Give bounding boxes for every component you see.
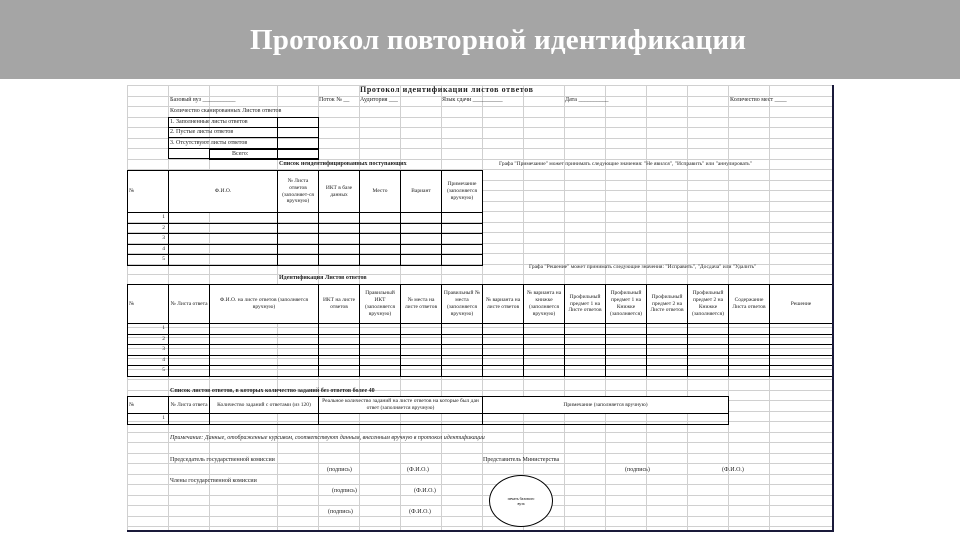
unidentified-note: Графа "Примечание" может принимать следу… <box>499 161 752 167</box>
row-number: 2 <box>155 225 165 231</box>
row-number: 5 <box>155 367 165 373</box>
column-header: Профильный предмет 2 на Листе ответов <box>646 284 688 324</box>
member2-name: (Ф.И.О.) <box>409 509 431 516</box>
protocol-sheet: Протокол идентификации листов ответов Ба… <box>127 85 834 532</box>
row-number: 1 <box>155 325 165 331</box>
column-header: № места на листе ответов <box>400 284 442 324</box>
grid-row-line <box>127 516 832 517</box>
grid-row-line <box>127 526 832 527</box>
chair-name: (Ф.И.О.) <box>407 467 429 474</box>
table-cell[interactable] <box>441 365 483 377</box>
column-header: № варианта на листе ответов <box>482 284 524 324</box>
column-header: Реальное количество заданий на листе отв… <box>318 396 483 414</box>
scanned-row-missing: 3. Отсутствуют листы ответов <box>170 140 247 147</box>
column-header: Ф.И.О. <box>168 170 278 213</box>
column-header: Место <box>359 170 401 213</box>
table-cell[interactable] <box>482 413 729 425</box>
row-number: 3 <box>155 235 165 241</box>
row-number: 3 <box>155 346 165 352</box>
members-label: Члены государственной комиссии <box>170 478 257 485</box>
footnote: Примечание: Данные, отображенные курсиво… <box>170 435 485 442</box>
column-header: № <box>127 284 169 324</box>
table-cell[interactable] <box>318 254 360 266</box>
ministry-signature: (подпись) <box>625 467 650 474</box>
grid-column-line <box>832 85 833 530</box>
table-cell[interactable] <box>209 365 319 377</box>
grid-row-line <box>127 432 832 433</box>
column-header: № варианта на книжке (заполняется вручну… <box>523 284 565 324</box>
column-header: Примечание (заполняется вручную) <box>482 396 729 414</box>
table-cell[interactable] <box>400 254 442 266</box>
ministry-name: (Ф.И.О.) <box>722 467 744 474</box>
slide-banner: Протокол повторной идентификации <box>0 0 960 79</box>
table-cell[interactable] <box>769 365 833 377</box>
column-header: Правильный ИКТ (заполняется вручную) <box>359 284 401 324</box>
slide-title: Протокол повторной идентификации <box>250 24 746 57</box>
scanned-count-label: Количество сканированных Листов ответов <box>170 108 281 115</box>
table-cell[interactable] <box>523 365 565 377</box>
identification-note: Графа "Решение" может принимать следующи… <box>529 264 756 270</box>
table-cell[interactable] <box>168 413 210 425</box>
column-header: Ф.И.О. на листе ответов (заполняется вру… <box>209 284 319 324</box>
table-cell[interactable] <box>564 365 606 377</box>
language-field: Язык сдачи __________ <box>442 97 503 104</box>
grid-row-line <box>127 495 832 496</box>
member1-name: (Ф.И.О.) <box>414 488 436 495</box>
ministry-label: Представитель Министерства <box>483 457 559 464</box>
over40-title: Список листов ответов, в которых количес… <box>170 388 375 395</box>
row-number: 1 <box>155 214 165 220</box>
chair-signature: (подпись) <box>327 467 352 474</box>
scanned-row-filled: 1. Заполненные листы ответов <box>170 119 248 126</box>
column-header: № Листа ответа <box>168 396 210 414</box>
column-header: Решение <box>769 284 833 324</box>
scanned-total-label: Всего: <box>232 151 248 158</box>
identification-title: Идентификация Листов ответов <box>279 275 367 282</box>
grid-row-line <box>127 274 832 275</box>
column-header: ИКТ на листе ответов <box>318 284 360 324</box>
stamp-circle: печать базового вуза <box>489 475 553 527</box>
grid-row-line <box>127 474 832 475</box>
chair-label: Председатель государственной комиссии <box>170 457 275 464</box>
member1-signature: (подпись) <box>332 488 357 495</box>
grid-row-line <box>127 106 832 107</box>
column-header: № Листа ответов (заполняет-ся вручную) <box>277 170 319 213</box>
base-vuz-field: Базовый вуз ___________ <box>170 97 236 104</box>
row-number: 2 <box>155 336 165 342</box>
column-header: Содержание Листа ответов <box>728 284 770 324</box>
column-header: Количество заданий с ответами (из 120) <box>209 396 319 414</box>
member2-signature: (подпись) <box>328 509 353 516</box>
column-header: Профильный предмет 1 на Книжке (заполняе… <box>605 284 647 324</box>
column-header: Примечание (заполняется вручную) <box>441 170 483 213</box>
grid-row-line <box>127 379 832 380</box>
table-cell[interactable] <box>168 365 210 377</box>
table-cell[interactable] <box>168 254 278 266</box>
table-cell[interactable] <box>482 365 524 377</box>
seats-field: Количество мест ____ <box>730 97 787 104</box>
grid-row-line <box>127 453 832 454</box>
table-cell[interactable] <box>359 365 401 377</box>
table-cell[interactable] <box>687 365 729 377</box>
column-header: Профильный предмет 2 на Книжке (заполняе… <box>687 284 729 324</box>
grid-row-line <box>127 442 832 443</box>
row-number: 4 <box>155 246 165 252</box>
table-cell[interactable] <box>728 365 770 377</box>
sheet-title: Протокол идентификации листов ответов <box>360 86 534 95</box>
column-header: Правильный № места (заполняется вручную) <box>441 284 483 324</box>
column-header: Вариант <box>400 170 442 213</box>
unidentified-title: Список неидентифицированных поступающих <box>279 161 407 168</box>
row-number: 5 <box>155 256 165 262</box>
grid-row-line <box>127 505 832 506</box>
auditoriya-field: Аудитория ___ <box>360 97 398 104</box>
table-cell[interactable] <box>646 365 688 377</box>
column-header: № <box>127 396 169 414</box>
column-header: ИКТ в базе данных <box>318 170 360 213</box>
scanned-row-empty: 2. Пустые листы ответов <box>170 129 233 136</box>
table-cell[interactable] <box>277 254 319 266</box>
date-field: Дата __________ <box>565 97 608 104</box>
table-cell[interactable] <box>318 365 360 377</box>
table-cell[interactable] <box>605 365 647 377</box>
table-cell[interactable] <box>441 254 483 266</box>
table-cell[interactable] <box>318 413 483 425</box>
column-header: № <box>127 170 169 213</box>
column-header: № Листа ответа <box>168 284 210 324</box>
row-number: 1 <box>155 415 165 421</box>
potok-field: Поток № __ <box>319 97 349 104</box>
table-cell[interactable] <box>400 365 442 377</box>
table-cell[interactable] <box>209 413 319 425</box>
column-header: Профильный предмет 1 на Листе ответов <box>564 284 606 324</box>
row-number: 4 <box>155 357 165 363</box>
table-cell[interactable] <box>359 254 401 266</box>
